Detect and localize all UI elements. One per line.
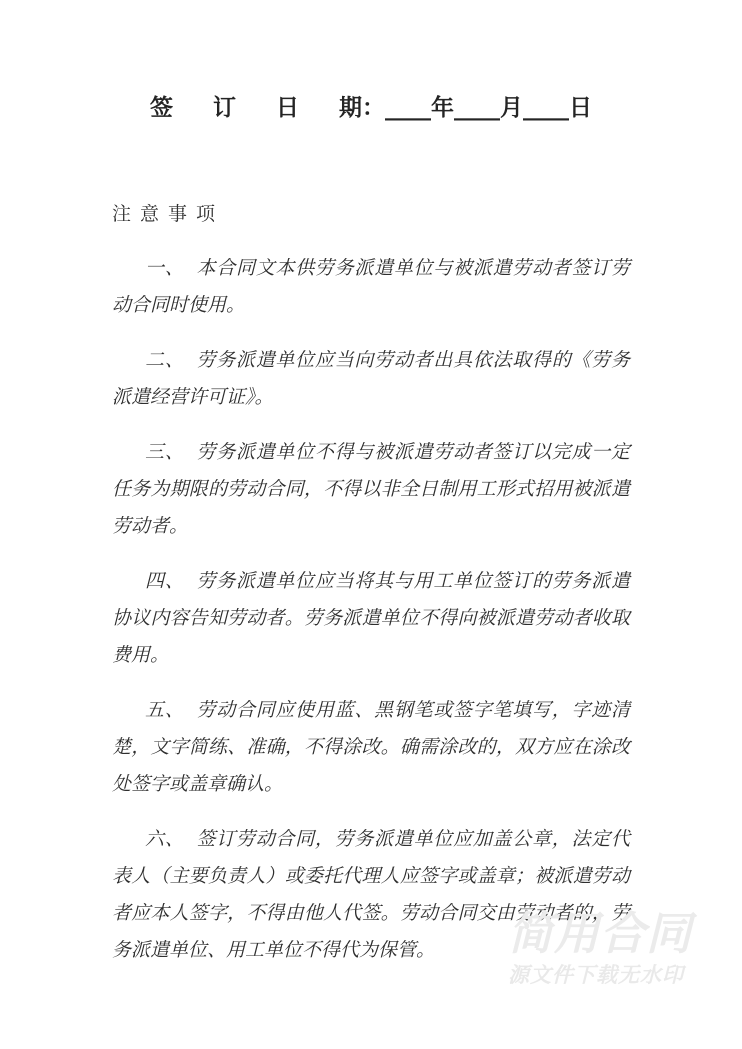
- note-text: 劳务派遣单位应当向劳动者出具依法取得的《劳务派遣经营许可证》。: [112, 349, 630, 408]
- note-number: 六、: [145, 828, 184, 850]
- note-item-4: 四、劳务派遣单位应当将其与用工单位签订的劳务派遣协议内容告知劳动者。劳务派遣单位…: [112, 563, 630, 674]
- note-text: 劳务派遣单位应当将其与用工单位签订的劳务派遣协议内容告知劳动者。劳务派遣单位不得…: [112, 570, 630, 666]
- watermark: 简用合同 源文件下载无水印: [508, 910, 692, 988]
- note-item-2: 二、劳务派遣单位应当向劳动者出具依法取得的《劳务派遣经营许可证》。: [112, 342, 630, 416]
- note-number: 一、: [145, 257, 184, 279]
- signing-date-line: 签订日期：____年____月____日: [112, 94, 630, 122]
- note-item-3: 三、劳务派遣单位不得与被派遣劳动者签订以完成一定任务为期限的劳动合同，不得以非全…: [112, 434, 630, 545]
- note-item-5: 五、劳动合同应使用蓝、黑钢笔或签字笔填写，字迹清楚，文字简练、准确，不得涂改。确…: [112, 692, 630, 803]
- watermark-title: 简用合同: [508, 910, 692, 957]
- watermark-subtitle: 源文件下载无水印: [508, 964, 692, 988]
- note-number: 二、: [145, 349, 184, 371]
- note-number: 四、: [145, 570, 184, 592]
- note-text: 劳动合同应使用蓝、黑钢笔或签字笔填写，字迹清楚，文字简练、准确，不得涂改。确需涂…: [112, 699, 630, 795]
- signing-date-char: 签: [150, 94, 173, 122]
- date-blank-fields: ：____年____月____日: [362, 94, 592, 122]
- note-number: 三、: [145, 441, 184, 463]
- signing-date-char: 期: [339, 94, 362, 122]
- notes-section-heading: 注意事项: [112, 202, 630, 226]
- note-number: 五、: [145, 699, 184, 721]
- signing-date-char: 日: [276, 94, 299, 122]
- note-text: 本合同文本供劳务派遣单位与被派遣劳动者签订劳动合同时使用。: [112, 257, 630, 316]
- signing-date-char: 订: [213, 94, 236, 122]
- note-item-1: 一、本合同文本供劳务派遣单位与被派遣劳动者签订劳动合同时使用。: [112, 250, 630, 324]
- document-page: 签订日期：____年____月____日 注意事项 一、本合同文本供劳务派遣单位…: [0, 0, 742, 1049]
- note-text: 劳务派遣单位不得与被派遣劳动者签订以完成一定任务为期限的劳动合同，不得以非全日制…: [112, 441, 630, 537]
